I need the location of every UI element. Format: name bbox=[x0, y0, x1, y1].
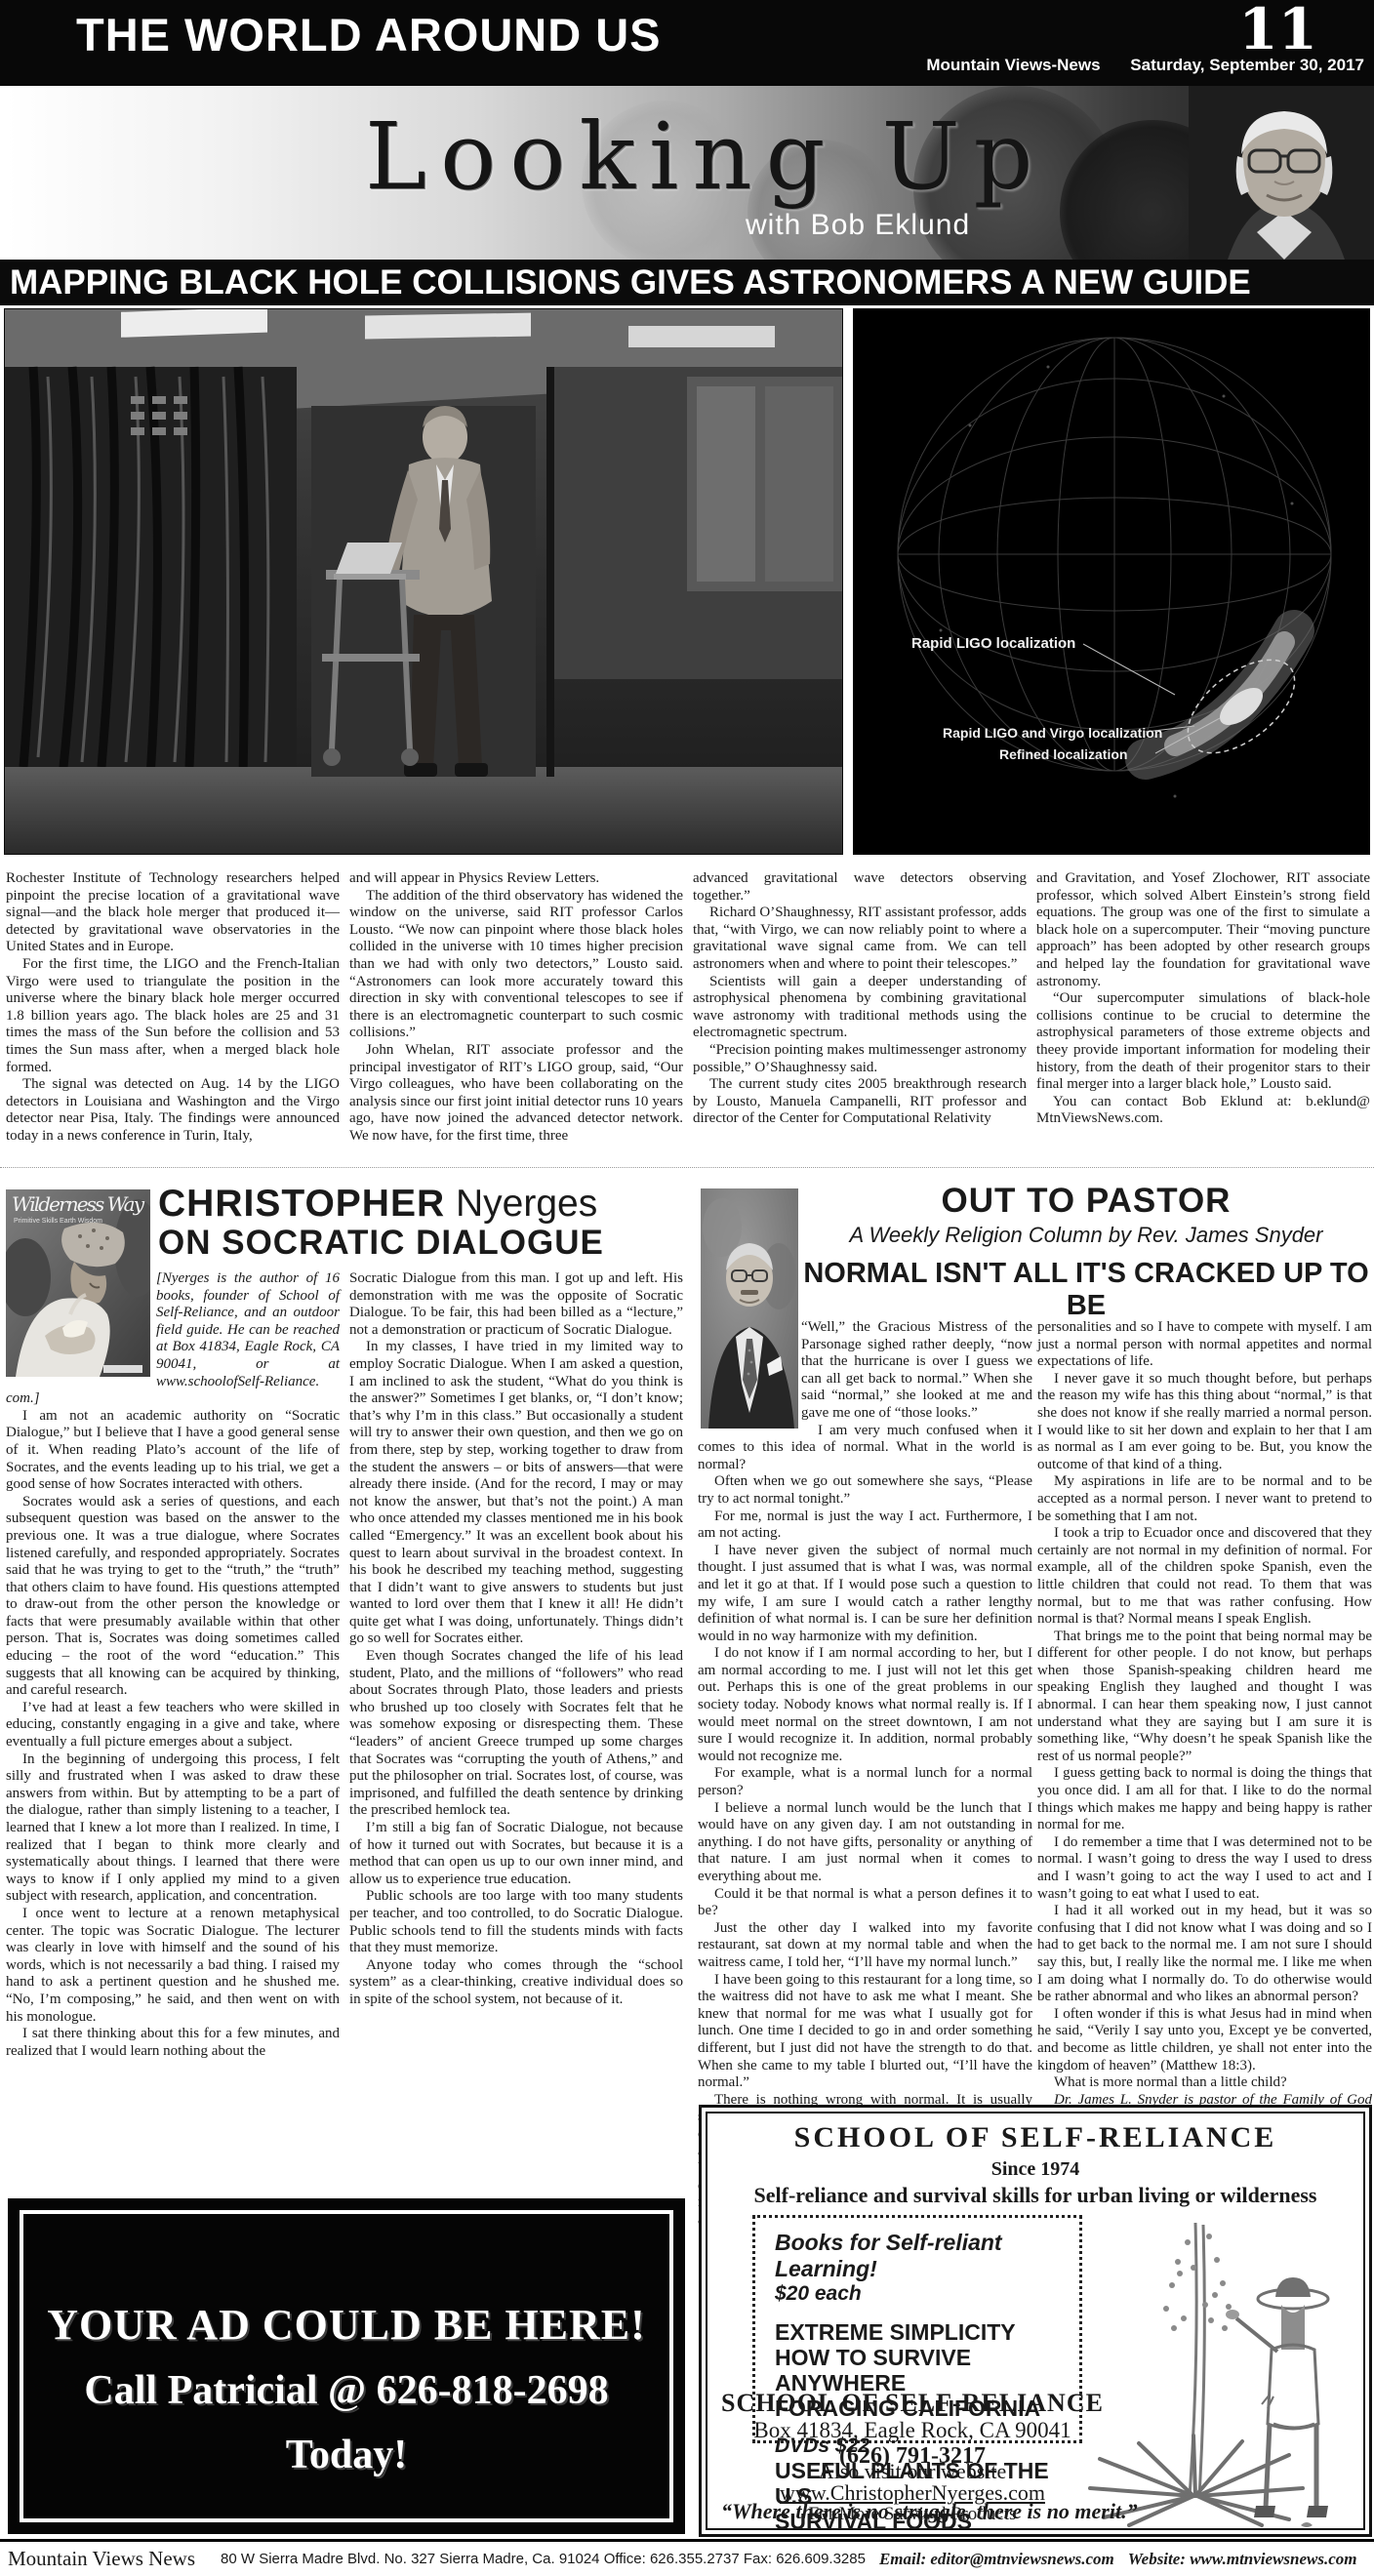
section-divider bbox=[0, 1167, 1374, 1168]
nyerges-title-line2: ON SOCRATIC DIALOGUE bbox=[158, 1225, 604, 1262]
skymap-label-ligo: Rapid LIGO localization bbox=[911, 635, 1075, 652]
main-article: Rochester Institute of Technology resear… bbox=[6, 870, 1370, 1146]
bob-eklund-portrait bbox=[1189, 86, 1374, 260]
house-ad-line2: Call Patricial @ 626-818-2698 bbox=[84, 2367, 608, 2414]
paragraph: Anyone today who comes through the “scho… bbox=[349, 1957, 683, 2009]
dateline: Mountain Views-News Saturday, September … bbox=[901, 56, 1364, 75]
column-title: Looking Up bbox=[365, 103, 1047, 211]
pastor-column-a: “Well,” the Gracious Mistress of the Par… bbox=[698, 1319, 1032, 2229]
issue-date: Saturday, September 30, 2017 bbox=[1130, 56, 1364, 74]
paragraph: I believe a normal lunch would be the lu… bbox=[698, 1800, 1032, 1886]
paragraph: I guess getting back to normal is doing … bbox=[1037, 1765, 1372, 1833]
footer-paper-name: Mountain Views News bbox=[8, 2547, 195, 2571]
paragraph: and Gravitation, and Yosef Zlochower, RI… bbox=[1036, 870, 1370, 990]
paragraph: The current study cites 2005 breakthroug… bbox=[693, 1076, 1027, 1128]
paragraph: In my classes, I have tried in my limite… bbox=[349, 1339, 683, 1648]
paragraph: advanced gravitational wave detectors ob… bbox=[693, 870, 1027, 905]
nyerges-title: CHRISTOPHER Nyerges bbox=[158, 1184, 604, 1225]
paragraph: I sat there thinking about this for a fe… bbox=[6, 2026, 340, 2060]
ad-title: SCHOOL OF SELF-RELIANCE bbox=[707, 2121, 1363, 2154]
paragraph: John Whelan, RIT associate professor and… bbox=[349, 1042, 683, 1146]
school-name: SCHOOL OF SELF-RELIANCE bbox=[707, 2389, 1117, 2418]
paragraph: Scientists will gain a deeper understand… bbox=[693, 974, 1027, 1042]
paragraph: You can contact Bob Eklund at: b.eklund@… bbox=[1036, 1094, 1370, 1128]
paragraph: For me, normal is just the way I act. Fu… bbox=[698, 1509, 1032, 1543]
paragraph: I took a trip to Ecuador once and discov… bbox=[1037, 1525, 1372, 1629]
pastor-subtitle: A Weekly Religion Column by Rev. James S… bbox=[801, 1223, 1371, 1248]
paragraph: I do not know if I am normal according t… bbox=[698, 1645, 1032, 1765]
pastor-column-section: OUT TO PASTOR A Weekly Religion Column b… bbox=[698, 1176, 1371, 2101]
paragraph: Could it be that normal is what a person… bbox=[698, 1886, 1032, 1920]
paragraph: I have been going to this restaurant for… bbox=[698, 1972, 1032, 2092]
paragraph: For the first time, the LIGO and the Fre… bbox=[6, 956, 340, 1076]
website-intro: Also visit our website bbox=[707, 2461, 1117, 2482]
house-ad: YOUR AD COULD BE HERE! Call Patricial @ … bbox=[8, 2198, 685, 2534]
paragraph: For example, what is a normal lunch for … bbox=[698, 1765, 1032, 1799]
article-column-2: and will appear in Physics Review Letter… bbox=[349, 870, 683, 1146]
self-reliance-ad-border: SCHOOL OF SELF-RELIANCE Since 1974 Self-… bbox=[706, 2112, 1365, 2530]
school-address: Box 41834, Eagle Rock, CA 90041 bbox=[707, 2418, 1117, 2443]
article-column-1: Rochester Institute of Technology resear… bbox=[6, 870, 340, 1146]
pastor-body: “Well,” the Gracious Mistress of the Par… bbox=[698, 1319, 1372, 2229]
page-footer: Mountain Views News 80 W Sierra Madre Bl… bbox=[0, 2539, 1374, 2576]
pastor-header: OUT TO PASTOR A Weekly Religion Column b… bbox=[801, 1182, 1371, 1322]
page-number: 11 bbox=[1238, 0, 1317, 62]
article-headline-bar: MAPPING BLACK HOLE COLLISIONS GIVES ASTR… bbox=[0, 260, 1374, 305]
newspaper-page: THE WORLD AROUND US 11 Mountain Views-Ne… bbox=[0, 0, 1374, 2576]
house-ad-border: YOUR AD COULD BE HERE! Call Patricial @ … bbox=[20, 2210, 673, 2522]
pastor-headline: NORMAL ISN'T ALL IT'S CRACKED UP TO BE bbox=[801, 1258, 1371, 1322]
skymap-label-refined: Refined localization bbox=[999, 746, 1127, 762]
photo-spacer bbox=[6, 1270, 156, 1388]
magazine-subtitle: Primitive Skills Earth Wisdom bbox=[14, 1218, 102, 1225]
skymap-label-virgo: Rapid LIGO and Virgo localization bbox=[943, 725, 1162, 741]
ad-since: Since 1974 bbox=[707, 2158, 1363, 2181]
article-column-3: advanced gravitational wave detectors ob… bbox=[693, 870, 1027, 1146]
gatherer-figure bbox=[1226, 2277, 1328, 2517]
paragraph: Rochester Institute of Technology resear… bbox=[6, 870, 340, 956]
masthead-bar: THE WORLD AROUND US 11 Mountain Views-Ne… bbox=[0, 0, 1374, 86]
paragraph: I do remember a time that I was determin… bbox=[1037, 1834, 1372, 1903]
paragraph: My aspirations in life are to be normal … bbox=[1037, 1473, 1372, 1525]
nyerges-header: CHRISTOPHER Nyerges ON SOCRATIC DIALOGUE bbox=[158, 1184, 604, 1262]
pastor-column-b: personalities and so I have to compete w… bbox=[1037, 1319, 1372, 2229]
paragraph: “Precision pointing makes multimessenger… bbox=[693, 1042, 1027, 1076]
house-ad-line1: YOUR AD COULD BE HERE! bbox=[47, 2300, 646, 2350]
nyerges-title-bold: CHRISTOPHER bbox=[158, 1183, 445, 1225]
paragraph: I am not an academic authority on “Socra… bbox=[6, 1408, 340, 1494]
paragraph: and will appear in Physics Review Letter… bbox=[349, 870, 683, 888]
nyerges-column-b: Socratic Dialogue from this man. I got u… bbox=[349, 1270, 683, 2060]
paragraph: I have never given the subject of normal… bbox=[698, 1543, 1032, 1646]
nyerges-title-light: Nyerges bbox=[445, 1183, 597, 1225]
paragraph: I’ve had at least a few teachers who wer… bbox=[6, 1700, 340, 1751]
paragraph: “Our supercomputer simulations of black-… bbox=[1036, 990, 1370, 1094]
paragraph: personalities and so I have to compete w… bbox=[1037, 1319, 1372, 1371]
skymap-photo: Rapid LIGO localization Rapid LIGO and V… bbox=[853, 308, 1370, 855]
paragraph: Often when we go out somewhere she says,… bbox=[698, 1473, 1032, 1508]
paragraph: I once went to lecture at a renown metap… bbox=[6, 1906, 340, 2026]
paragraph: Richard O’Shaughnessy, RIT assistant pro… bbox=[693, 905, 1027, 973]
books-heading: Books for Self-reliant Learning! bbox=[775, 2230, 1079, 2282]
paragraph: I had it all worked out in my head, but … bbox=[1037, 1903, 1372, 2006]
photo-spacer bbox=[698, 1319, 801, 1429]
nyerges-body: [Nyerges is the author of 16 books, foun… bbox=[6, 1270, 683, 2060]
author-note-end: com.] bbox=[6, 1390, 340, 1408]
paragraph: In the beginning of undergoing this proc… bbox=[6, 1751, 340, 1906]
server-room-photo bbox=[4, 308, 843, 855]
house-ad-line3: Today! bbox=[286, 2432, 408, 2478]
book-title: EXTREME SIMPLICITY bbox=[775, 2319, 1079, 2345]
article-headline: MAPPING BLACK HOLE COLLISIONS GIVES ASTR… bbox=[0, 263, 1251, 302]
paragraph: The signal was detected on Aug. 14 by th… bbox=[6, 1076, 340, 1145]
paragraph: Socrates would ask a series of questions… bbox=[6, 1494, 340, 1700]
paragraph: What is more normal than a little child? bbox=[1037, 2074, 1372, 2092]
nyerges-column-a: [Nyerges is the author of 16 books, foun… bbox=[6, 1270, 340, 2060]
paragraph: Just the other day I walked into my favo… bbox=[698, 1920, 1032, 1972]
pastor-title: OUT TO PASTOR bbox=[801, 1182, 1371, 1221]
magazine-title: Wilderness Way bbox=[12, 1192, 145, 1216]
footer-email: Email: editor@mtnviewsnews.com bbox=[879, 2550, 1114, 2569]
column-byline: with Bob Eklund bbox=[746, 209, 970, 242]
paper-name: Mountain Views-News bbox=[926, 56, 1100, 74]
paragraph: I often wonder if this is what Jesus had… bbox=[1037, 2006, 1372, 2074]
footer-address: 80 W Sierra Madre Blvd. No. 327 Sierra M… bbox=[221, 2551, 866, 2567]
self-reliance-ad: SCHOOL OF SELF-RELIANCE Since 1974 Self-… bbox=[699, 2105, 1372, 2537]
looking-up-banner: Looking Up with Bob Eklund bbox=[0, 86, 1374, 260]
paragraph: I never gave it so much thought before, … bbox=[1037, 1371, 1372, 1474]
ad-quote: “Where there is no struggle, there is no… bbox=[721, 2499, 1138, 2524]
ad-school-block: SCHOOL OF SELF-RELIANCE Box 41834, Eagle… bbox=[707, 2389, 1117, 2470]
paragraph: Socratic Dialogue from this man. I got u… bbox=[349, 1270, 683, 1339]
footer-website: Website: www.mtnviewsnews.com bbox=[1128, 2550, 1357, 2569]
article-column-4: and Gravitation, and Yosef Zlochower, RI… bbox=[1036, 870, 1370, 1146]
paragraph: Public schools are too large with too ma… bbox=[349, 1888, 683, 1956]
nyerges-column-section: Wilderness Way Primitive Skills Earth Wi… bbox=[6, 1176, 691, 2127]
paragraph: That brings me to the point that being n… bbox=[1037, 1629, 1372, 1766]
books-price: $20 each bbox=[775, 2282, 1079, 2306]
paragraph: Even though Socrates changed the life of… bbox=[349, 1648, 683, 1820]
paragraph: I am very much confused when it comes to… bbox=[698, 1423, 1032, 1474]
paragraph: The addition of the third observatory ha… bbox=[349, 888, 683, 1042]
paragraph: I’m still a big fan of Socratic Dialogue… bbox=[349, 1820, 683, 1888]
page-title: THE WORLD AROUND US bbox=[76, 8, 662, 61]
